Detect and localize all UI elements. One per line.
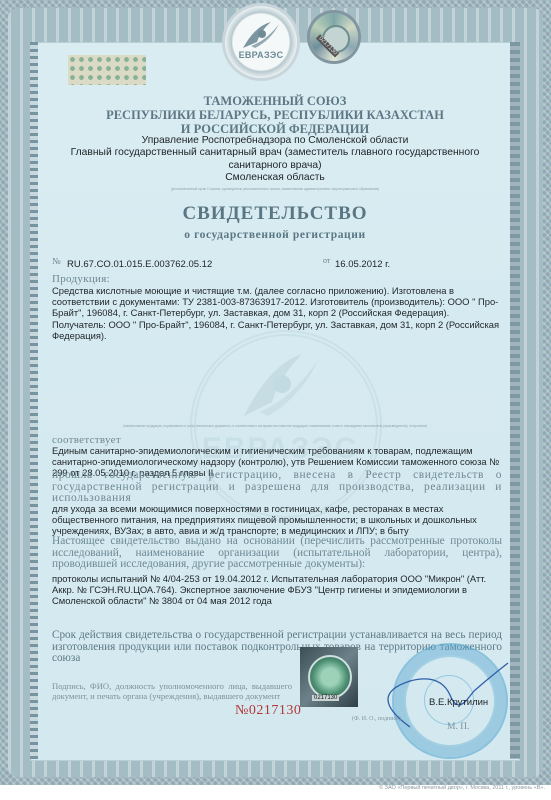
union-title-line: И РОССИЙСКОЙ ФЕДЕРАЦИИ [40,122,510,136]
printer-credit: © ЗАО «Первый печатный двор», г. Москва,… [379,785,545,791]
number-label: № [52,256,61,266]
form-serial-number: №0217130 [235,703,301,719]
signature-label: Подпись, ФИО, должность уполномоченного … [52,682,292,701]
usage-scope: для ухода за всеми моющимися поверхностя… [52,503,502,537]
date-label: от [323,256,330,265]
handwritten-signature-icon [370,655,520,735]
union-title-line: ТАМОЖЕННЫЙ СОЮЗ [40,94,510,108]
hologram-bottom: 0217130 [300,647,358,707]
fio-caption: (Ф. И. О., подпись) [352,716,401,722]
basis-text: протоколы испытаний № 4/04-253 от 19.04.… [52,573,502,607]
registration-date: 16.05.2012 г. [335,259,390,270]
authority-line: Управление Роспотребнадзора по Смоленско… [40,135,510,147]
union-title-line: РЕСПУБЛИКИ БЕЛАРУСЬ, РЕСПУБЛИКИ КАЗАХСТА… [40,108,510,122]
registration-number: RU.67.CO.01.015.E.003762.05.12 [67,259,212,270]
signer-name: В.Е.Крутилин [429,697,488,708]
certificate-subtitle: о государственной регистрации [40,229,510,241]
authority-line: Смоленская область [40,172,510,184]
product-caption: (наименование продукции, нормативные и (… [50,424,500,428]
seal-label: М. П. [447,722,469,732]
hologram-code: 0217130 [312,695,339,701]
authority-caption: (уполномоченный орган Стороны, руководит… [50,187,500,191]
customs-union-title: ТАМОЖЕННЫЙ СОЮЗ РЕСПУБЛИКИ БЕЛАРУСЬ, РЕС… [40,94,510,136]
product-label: Продукция: [52,273,110,285]
basis-label: Настоящее свидетельство выдано на основа… [52,536,502,571]
hologram-gsen-icon [308,655,352,699]
certificate-title: СВИДЕТЕЛЬСТВО [40,203,510,225]
product-description: Средства кислотные моющие и чистящие т.м… [52,285,502,341]
issuing-authority: Управление Роспотребнадзора по Смоленско… [40,135,510,185]
registration-statement: прошла государственную регистрацию, внес… [52,470,502,505]
authority-line: Главный государственный санитарный врач … [40,147,510,172]
